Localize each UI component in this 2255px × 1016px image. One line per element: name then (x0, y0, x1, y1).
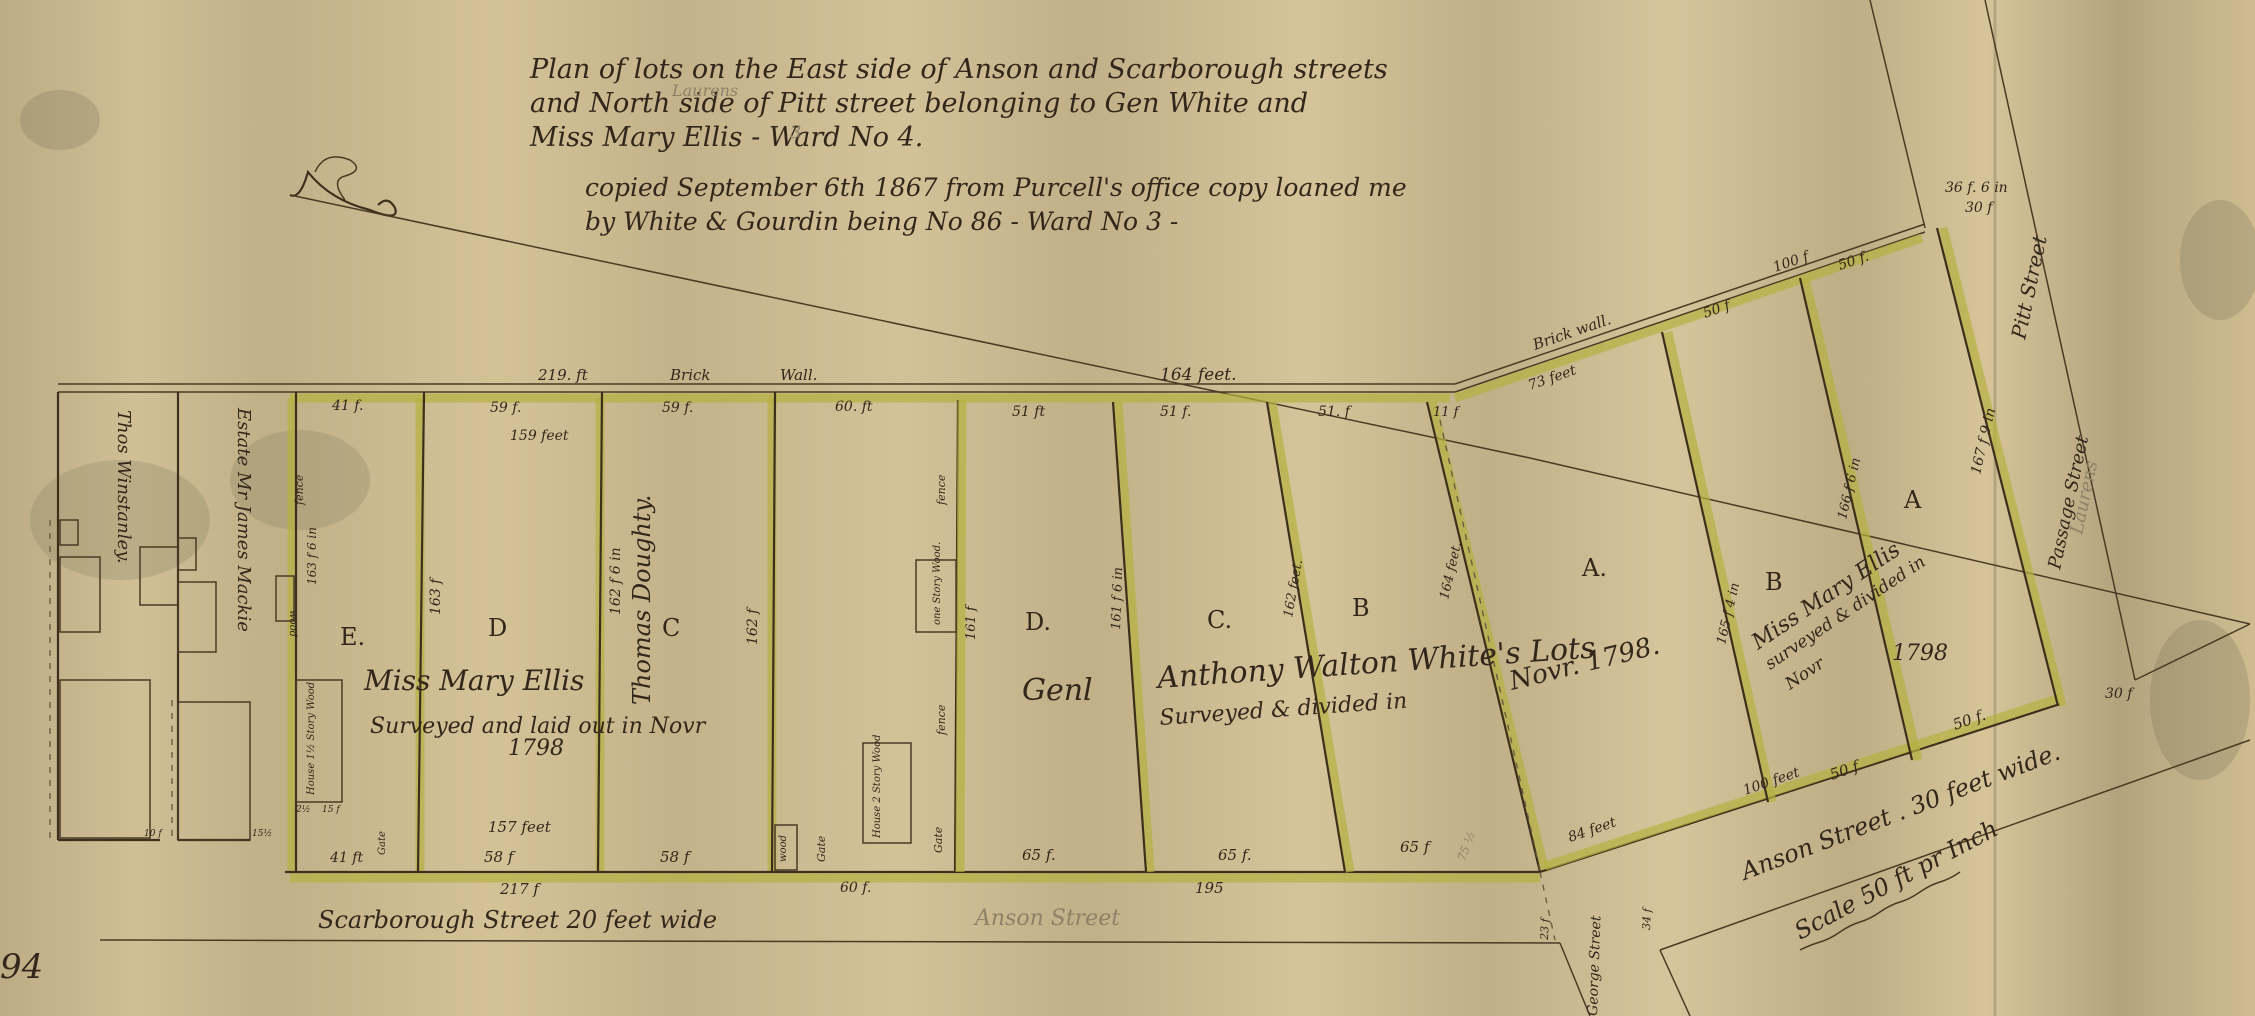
lot-letter-D: D (488, 614, 507, 642)
street-scarborough: Scarborough Street 20 feet wide (318, 906, 717, 934)
survey-year-ellis-ne: 1798 (1892, 641, 1948, 666)
owner-white-prefix: Genl (1022, 673, 1093, 708)
neighbor-labels: Thos Winstanley. Estate Mr James Mackie … (113, 407, 656, 705)
lot-letter-white-B: B (1352, 594, 1370, 622)
dim-D-depth-bottom: 157 feet (488, 818, 552, 836)
dim-E-bottom: 41 ft (329, 850, 363, 866)
ellis-ne-lot-labels: B A 50 f 50 f. 50 f 50 f. 166 f 6 in 167… (1701, 248, 1999, 798)
dim-C-top: 59 f. (662, 400, 693, 416)
dim-white-D-bottom: 65 f. (1022, 846, 1056, 864)
dim-D-depth-top: 159 feet (510, 428, 569, 444)
survey-note-white: Surveyed & divided in (1159, 689, 1408, 731)
dim-195: 195 (1195, 879, 1224, 897)
label-fence-1: fence (935, 474, 948, 506)
lot-letter-ne-B: B (1765, 568, 1783, 596)
dim-house-2half: 2½ (295, 804, 310, 815)
copy-note-line-1: copied September 6th 1867 from Purcell's… (585, 173, 1407, 202)
dim-D-side: 163 f (428, 576, 444, 615)
dim-34f: 34 f (1640, 906, 1654, 930)
dim-white-B-bottom: 65 f (1400, 838, 1432, 856)
survey-year-ellis: 1798 (508, 736, 564, 761)
label-wall: Wall. (780, 366, 817, 384)
street-anson-faint: Anson Street (973, 906, 1120, 931)
title-line-2: and North side of Pitt street belonging … (530, 88, 1308, 119)
dim-219ft: 219. ft (537, 366, 589, 384)
label-gate-ellis: Gate (377, 831, 388, 855)
dim-217f: 217 f (499, 880, 541, 898)
label-house-1half-story: House 1½ Story Wood (306, 682, 317, 796)
owner-ellis: Miss Mary Ellis (363, 664, 584, 697)
dim-E-side: 163 f 6 in (305, 527, 319, 585)
page-number: 94 (0, 947, 43, 987)
label-house-2-story: House 2 Story Wood (872, 735, 883, 840)
lot-letter-E: E. (340, 623, 365, 651)
dim-doughty-bottom: 60 f. (840, 880, 871, 896)
label-brick: Brick (669, 366, 710, 384)
title-correction-ward: 3 (790, 122, 801, 143)
label-one-story-wood: one Story Wood. (932, 542, 943, 625)
copy-note-line-2: by White & Gourdin being No 86 - Ward No… (585, 207, 1178, 236)
label-mackie: Estate Mr James Mackie (233, 407, 254, 632)
label-gate-1: Gate (815, 835, 828, 862)
north-brick-wall (58, 224, 1925, 398)
dim-C-side: 162 f 6 in (608, 547, 624, 615)
dim-23f: 23 f (1538, 916, 1552, 941)
ellis-lots-boundaries (276, 392, 1540, 878)
dim-white-D-side: 161 f 6 in (1109, 567, 1126, 630)
dim-36f6in: 36 f. 6 in (1945, 180, 2008, 196)
label-wood-doughty: wood (778, 835, 789, 862)
label-winstanley: Thos Winstanley. (113, 410, 134, 564)
dim-doughty-side: 161 f (964, 604, 979, 640)
lot-letter-C: C (662, 614, 680, 642)
ellis-ne-lots (1540, 0, 2250, 872)
dim-white-B-side: 164 feet. (1437, 541, 1465, 601)
wall-labels: 219. ft Brick Wall. 164 feet. Brick wall… (537, 248, 1813, 394)
label-wood-shed: wood (287, 610, 298, 637)
dim-white-A-top: 11 f (1433, 405, 1461, 420)
white-lots-boundaries (1113, 402, 1545, 872)
survey-plat-sheet: Plan of lots on the East side of Anson a… (0, 0, 2255, 1016)
dim-30f-bottom: 30 f (2105, 686, 2135, 702)
plat-drawing: Plan of lots on the East side of Anson a… (0, 0, 2255, 1016)
label-fence-2: fence (935, 704, 948, 736)
dim-white-C-top: 51 f. (1160, 404, 1191, 420)
dim-30f-top: 30 f (1965, 200, 1995, 216)
lot-letter-white-A: A. (1581, 554, 1607, 582)
label-fence-ellis: fence (293, 474, 306, 506)
dim-house-15f: 15 f (322, 805, 341, 815)
neighbor-parcels (50, 392, 250, 840)
dim-C-side-right: 162 f (745, 606, 761, 645)
label-doughty: Thomas Doughty. (628, 494, 656, 705)
dim-D-top: 59 f. (490, 400, 521, 416)
street-pitt: Pitt Street (2006, 232, 2052, 342)
lot-letter-white-C: C. (1207, 606, 1232, 634)
dim-10f: 10 f (144, 829, 163, 839)
north-arrow-icon (290, 157, 2250, 624)
dim-75half-faint: 75 ½ (1455, 829, 1479, 863)
dim-164ft: 164 feet. (1160, 365, 1237, 385)
dim-15half: 15½ (252, 828, 272, 839)
doughty-labels: 60. ft 60 f. one Story Wood. House 2 Sto… (778, 399, 979, 896)
doughty-lot (775, 400, 962, 872)
dim-white-B-top: 51. f (1318, 404, 1353, 420)
title-line-1: Plan of lots on the East side of Anson a… (529, 54, 1388, 85)
dim-E-top: 41 f. (331, 398, 363, 414)
title-correction-laurens: Laurens (671, 81, 738, 100)
lot-letter-white-D: D. (1025, 608, 1051, 636)
dim-D-bottom: 58 f (484, 848, 516, 866)
lot-letter-ne-A: A (1903, 486, 1922, 514)
dim-doughty-top: 60. ft (835, 399, 873, 415)
dim-white-D-top: 51 ft (1012, 404, 1045, 420)
label-gate-2: Gate (932, 826, 945, 853)
title-line-3: Miss Mary Ellis - Ward No 4. (529, 122, 923, 153)
street-george: George Street (1585, 915, 1605, 1016)
dim-white-C-bottom: 65 f. (1218, 846, 1252, 864)
title-block: Plan of lots on the East side of Anson a… (529, 54, 1407, 236)
dim-C-bottom: 58 f (660, 848, 692, 866)
